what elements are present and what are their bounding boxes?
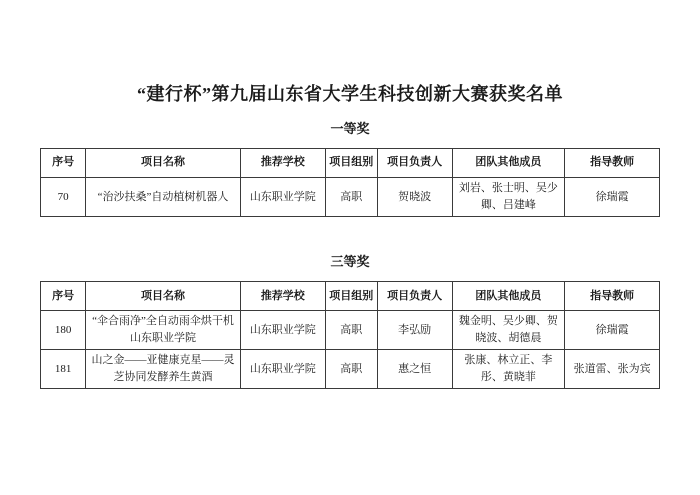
table-row: 181 山之金——亚健康克星——灵芝协同发酵养生黄酒 山东职业学院 高职 惠之恒… bbox=[41, 350, 660, 389]
cell-school: 山东职业学院 bbox=[240, 178, 325, 217]
cell-team-members: 魏金明、吴少卿、贺晓波、胡德晨 bbox=[452, 311, 565, 350]
table-header-row: 序号 项目名称 推荐学校 项目组别 项目负责人 团队其他成员 指导教师 bbox=[41, 149, 660, 178]
col-header-advisor: 指导教师 bbox=[565, 282, 660, 311]
cell-serial: 181 bbox=[41, 350, 86, 389]
col-header-advisor: 指导教师 bbox=[565, 149, 660, 178]
cell-team-members: 刘岩、张士明、吴少卿、吕建峰 bbox=[452, 178, 565, 217]
col-header-group: 项目组别 bbox=[325, 282, 377, 311]
col-header-school: 推荐学校 bbox=[240, 149, 325, 178]
cell-school: 山东职业学院 bbox=[240, 311, 325, 350]
cell-serial: 180 bbox=[41, 311, 86, 350]
cell-group: 高职 bbox=[325, 311, 377, 350]
col-header-leader: 项目负责人 bbox=[377, 149, 452, 178]
cell-serial: 70 bbox=[41, 178, 86, 217]
cell-advisor: 张道雷、张为宾 bbox=[565, 350, 660, 389]
third-prize-table: 序号 项目名称 推荐学校 项目组别 项目负责人 团队其他成员 指导教师 180 … bbox=[40, 281, 660, 389]
col-header-serial: 序号 bbox=[41, 282, 86, 311]
col-header-school: 推荐学校 bbox=[240, 282, 325, 311]
table-header-row: 序号 项目名称 推荐学校 项目组别 项目负责人 团队其他成员 指导教师 bbox=[41, 282, 660, 311]
cell-school: 山东职业学院 bbox=[240, 350, 325, 389]
cell-advisor: 徐瑞霞 bbox=[565, 178, 660, 217]
cell-team-members: 张康、林立正、李彤、黄晓菲 bbox=[452, 350, 565, 389]
cell-project-name: 山之金——亚健康克星——灵芝协同发酵养生黄酒 bbox=[86, 350, 241, 389]
col-header-team-members: 团队其他成员 bbox=[452, 149, 565, 178]
section-heading-third-prize: 三等奖 bbox=[40, 254, 660, 269]
cell-group: 高职 bbox=[325, 350, 377, 389]
page-title: “建行杯”第九届山东省大学生科技创新大赛获奖名单 bbox=[40, 83, 660, 105]
cell-leader: 贺晓波 bbox=[377, 178, 452, 217]
col-header-leader: 项目负责人 bbox=[377, 282, 452, 311]
col-header-serial: 序号 bbox=[41, 149, 86, 178]
table-row: 70 “治沙扶桑”自动植树机器人 山东职业学院 高职 贺晓波 刘岩、张士明、吴少… bbox=[41, 178, 660, 217]
cell-project-name: “伞合雨净”全自动雨伞烘干机山东职业学院 bbox=[86, 311, 241, 350]
col-header-project-name: 项目名称 bbox=[86, 149, 241, 178]
col-header-group: 项目组别 bbox=[325, 149, 377, 178]
section-heading-first-prize: 一等奖 bbox=[40, 121, 660, 136]
cell-leader: 惠之恒 bbox=[377, 350, 452, 389]
cell-leader: 李弘励 bbox=[377, 311, 452, 350]
table-row: 180 “伞合雨净”全自动雨伞烘干机山东职业学院 山东职业学院 高职 李弘励 魏… bbox=[41, 311, 660, 350]
cell-group: 高职 bbox=[325, 178, 377, 217]
col-header-project-name: 项目名称 bbox=[86, 282, 241, 311]
first-prize-table: 序号 项目名称 推荐学校 项目组别 项目负责人 团队其他成员 指导教师 70 “… bbox=[40, 148, 660, 217]
col-header-team-members: 团队其他成员 bbox=[452, 282, 565, 311]
cell-project-name: “治沙扶桑”自动植树机器人 bbox=[86, 178, 241, 217]
cell-advisor: 徐瑞霞 bbox=[565, 311, 660, 350]
document-page: “建行杯”第九届山东省大学生科技创新大赛获奖名单 一等奖 序号 项目名称 推荐学… bbox=[0, 0, 700, 389]
